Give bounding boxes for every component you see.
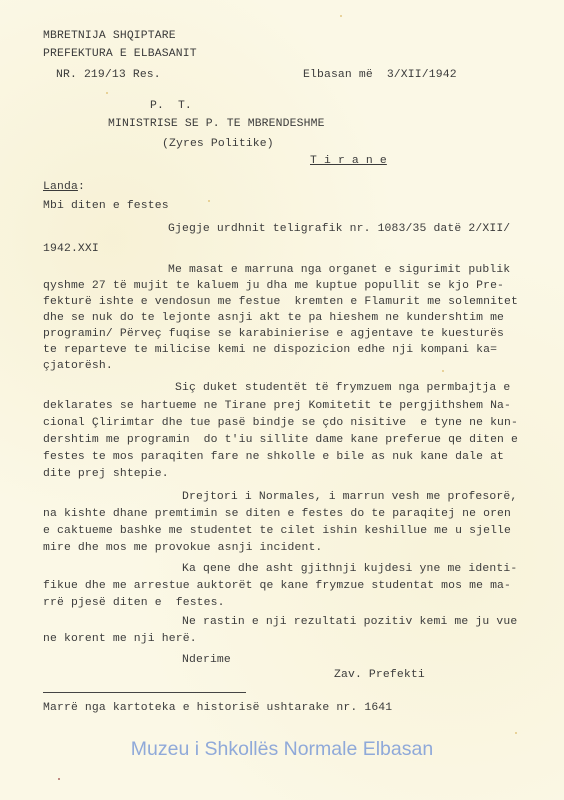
body-line: programin/ Përveç fuqise se karabinieris… bbox=[43, 327, 504, 341]
body-line: dhe se nuk do te lejonte asnji akt te pa… bbox=[43, 311, 504, 325]
paper-speck bbox=[340, 15, 342, 17]
subject-label: Landa bbox=[43, 181, 78, 193]
body-line: rrë pjesë diten e festes. bbox=[43, 596, 225, 610]
subject-text: Mbi diten e festes bbox=[43, 199, 169, 213]
body-line: fekturë ishte e vendosun me festue kremt… bbox=[43, 295, 518, 309]
footnote-divider bbox=[43, 692, 246, 693]
kingdom-heading: MBRETNIJA SHQIPTARE bbox=[43, 29, 176, 43]
paper-speck bbox=[58, 778, 60, 780]
paper-speck bbox=[208, 200, 210, 202]
signature: Zav. Prefekti bbox=[334, 668, 425, 682]
body-line: Ne rastin e nji rezultati pozitiv kemi m… bbox=[182, 615, 517, 629]
recipient-office: (Zyres Politike) bbox=[162, 137, 274, 151]
museum-watermark: Muzeu i Shkollës Normale Elbasan bbox=[0, 738, 564, 761]
body-line: fikue dhe me arrestue auktorët qe kane f… bbox=[43, 579, 511, 593]
body-line: Drejtori i Normales, i marrun vesh me pr… bbox=[182, 490, 517, 504]
subject-label-row: Landa: bbox=[43, 180, 85, 194]
body-line: dershtim me programin do t'iu sillite da… bbox=[43, 433, 518, 447]
body-line: mire dhe mos me provokue asnji incident. bbox=[43, 541, 322, 555]
recipient-ministry: MINISTRISE SE P. TE MBRENDESHME bbox=[108, 117, 325, 131]
body-line: deklarates se hartueme ne Tirane prej Ko… bbox=[43, 399, 511, 413]
body-line: cional Çlirimtar dhe tue pasë bindje se … bbox=[43, 416, 518, 430]
body-line: dite prej shtepie. bbox=[43, 467, 169, 481]
closing: Nderime bbox=[182, 653, 231, 667]
paper-speck bbox=[106, 92, 108, 94]
recipient-pt: P. T. bbox=[150, 99, 192, 113]
body-line: Ka qene dhe asht gjithnji kujdesi yne me… bbox=[182, 562, 517, 576]
subject-colon: : bbox=[78, 181, 85, 193]
body-line: qyshme 27 të mujit te kaluem ju dha me k… bbox=[43, 279, 504, 293]
document-number: NR. 219/13 Res. bbox=[56, 68, 161, 82]
body-line: Gjegje urdhnit teligrafik nr. 1083/35 da… bbox=[168, 222, 510, 236]
body-line: ne korent me nji herë. bbox=[43, 632, 197, 646]
paper-speck bbox=[515, 732, 517, 734]
recipient-city: T i r a n e bbox=[310, 154, 387, 168]
document-page: MBRETNIJA SHQIPTARE PREFEKTURA E ELBASAN… bbox=[0, 0, 564, 800]
paper-speck bbox=[442, 370, 444, 372]
body-line: Siç duket studentët të frymzuem nga perm… bbox=[175, 381, 510, 395]
footnote: Marrë nga kartoteka e historisë ushtarak… bbox=[43, 701, 392, 715]
body-line: te reparteve te milicise kemi ne dispozi… bbox=[43, 343, 497, 357]
prefecture-heading: PREFEKTURA E ELBASANIT bbox=[43, 47, 197, 61]
body-line: 1942.XXI bbox=[43, 242, 99, 256]
body-line: çjatorësh. bbox=[43, 359, 113, 373]
body-line: festes te mos paraqiten fare ne shkolle … bbox=[43, 450, 504, 464]
place-date: Elbasan më 3/XII/1942 bbox=[303, 68, 457, 82]
body-line: na kishte dhane premtimin se diten e fes… bbox=[43, 507, 511, 521]
body-line: e caktueme bashke me studentet te cilet … bbox=[43, 524, 511, 538]
body-line: Me masat e marruna nga organet e sigurim… bbox=[168, 263, 510, 277]
